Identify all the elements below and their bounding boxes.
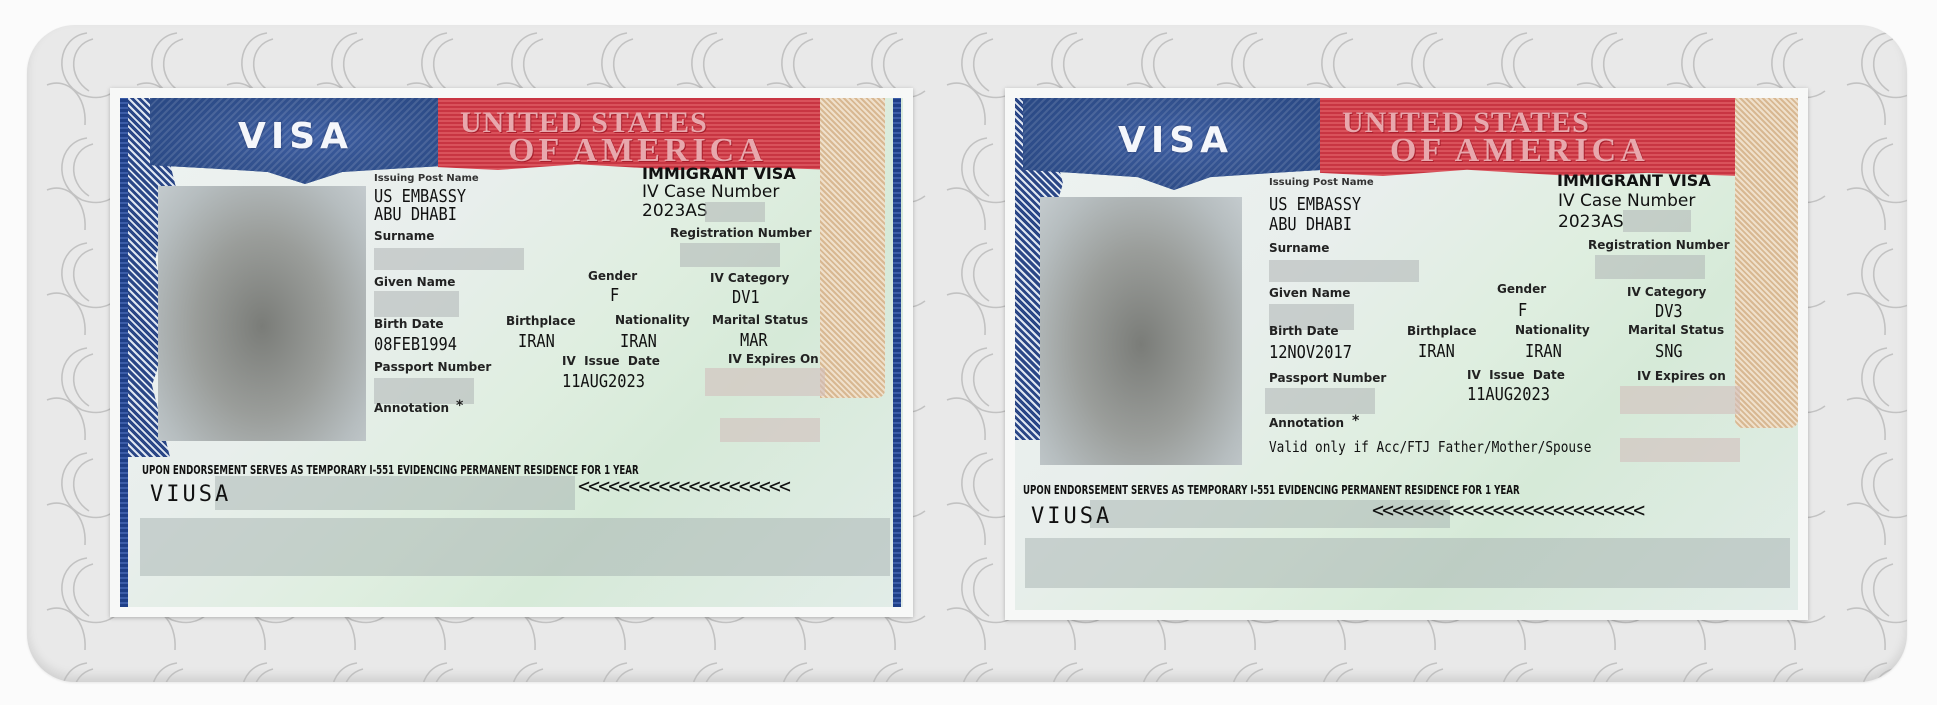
issue-date-value: 11AUG2023 (562, 371, 645, 392)
expires-on-redacted (705, 368, 825, 396)
annotation-redacted (1620, 438, 1740, 462)
nationality-label: Nationality (1515, 323, 1590, 337)
gender-label: Gender (1497, 282, 1546, 296)
mrz-line1-redacted (215, 476, 575, 510)
nationality-value: IRAN (620, 331, 657, 352)
security-strip-tan (820, 98, 885, 398)
category-value: DV3 (1655, 301, 1683, 322)
issuing-post-line2: ABU DHABI (1269, 214, 1352, 235)
gender-value: F (610, 285, 619, 306)
mrz-prefix: VIUSA (1031, 504, 1112, 529)
mrz-line2-redacted (1025, 538, 1790, 588)
visa-type: IMMIGRANT VISA (1557, 171, 1711, 190)
issue-date-value: 11AUG2023 (1467, 384, 1550, 405)
annotation-mark: * (1352, 413, 1359, 429)
category-label: IV Category (710, 271, 789, 285)
visa-card-1: VISA UNITED STATES OF AMERICA Issuing Po… (110, 88, 913, 617)
issuing-post-label: Issuing Post Name (1269, 177, 1374, 188)
mrz-chevrons: <<<<<<<<<<<<<<<<<<<<<<<<<<< (1372, 498, 1643, 522)
category-value: DV1 (732, 287, 760, 308)
visa-type: IMMIGRANT VISA (642, 164, 796, 183)
birthplace-value: IRAN (1418, 341, 1455, 362)
visa-seal-text: VISA (238, 116, 353, 157)
nationality-value: IRAN (1525, 341, 1562, 362)
surname-label: Surname (1269, 241, 1329, 255)
birthplace-label: Birthplace (1407, 324, 1477, 338)
gender-label: Gender (588, 269, 637, 283)
annotation-mark: * (456, 398, 463, 414)
issue-date-label: IV Issue Date (1467, 368, 1565, 382)
gender-value: F (1518, 300, 1527, 321)
surname-label: Surname (374, 229, 434, 243)
mrz-line2-redacted (140, 518, 890, 576)
given-name-label: Given Name (1269, 286, 1350, 300)
given-name-label: Given Name (374, 275, 455, 289)
country-band: UNITED STATES OF AMERICA (1320, 98, 1740, 176)
issuing-post-line1: US EMBASSY (1269, 194, 1361, 215)
birth-date-label: Birth Date (1269, 324, 1339, 338)
registration-label: Registration Number (670, 226, 812, 240)
mrz-chevrons: <<<<<<<<<<<<<<<<<<<<< (578, 474, 789, 498)
category-label: IV Category (1627, 285, 1706, 299)
case-number-redacted (1623, 210, 1691, 232)
passport-number-label: Passport Number (1269, 371, 1386, 385)
marital-status-value: MAR (740, 330, 768, 351)
marital-status-label: Marital Status (1628, 323, 1724, 337)
expires-on-label: IV Expires On (728, 352, 819, 366)
country-band: UNITED STATES OF AMERICA (438, 98, 838, 170)
annotation-note: Valid only if Acc/FTJ Father/Mother/Spou… (1269, 438, 1591, 456)
registration-redacted (1595, 255, 1705, 279)
marital-status-label: Marital Status (712, 313, 808, 327)
issuing-post-line2: ABU DHABI (374, 204, 457, 225)
visa-seal: VISA (150, 98, 460, 184)
case-number-label: IV Case Number (642, 182, 779, 202)
endorsement-text: UPON ENDORSEMENT SERVES AS TEMPORARY I-5… (1023, 483, 1520, 497)
birth-date-value: 08FEB1994 (374, 334, 457, 355)
expires-on-label: IV Expires on (1637, 369, 1726, 383)
given-name-redacted (374, 291, 459, 317)
issuing-post-label: Issuing Post Name (374, 173, 479, 184)
annotation-redacted (720, 418, 820, 442)
security-stripe-left (120, 98, 128, 607)
security-stripe-right (893, 98, 901, 607)
nationality-label: Nationality (615, 313, 690, 327)
case-number-redacted (705, 202, 765, 222)
annotation-label: Annotation (1269, 416, 1344, 430)
surname-redacted (1269, 260, 1419, 282)
birthplace-label: Birthplace (506, 314, 576, 328)
registration-redacted (680, 243, 780, 267)
birthplace-value: IRAN (518, 331, 555, 352)
visa-card-2: VISA UNITED STATES OF AMERICA Issuing Po… (1005, 88, 1808, 620)
passport-number-redacted (1265, 388, 1375, 414)
applicant-photo-redacted (158, 186, 366, 441)
expires-on-redacted (1620, 386, 1740, 414)
annotation-label: Annotation (374, 401, 449, 415)
surname-redacted (374, 248, 524, 270)
applicant-photo-redacted (1040, 197, 1242, 465)
mrz-prefix: VIUSA (150, 482, 231, 507)
case-number-value: 2023AS (642, 201, 708, 221)
case-number-value: 2023AS (1558, 212, 1624, 232)
registration-label: Registration Number (1588, 238, 1730, 252)
birth-date-label: Birth Date (374, 317, 444, 331)
marital-status-value: SNG (1655, 341, 1683, 362)
issue-date-label: IV Issue Date (562, 354, 660, 368)
case-number-label: IV Case Number (1558, 191, 1695, 211)
visa-seal-text: VISA (1118, 120, 1233, 161)
endorsement-text: UPON ENDORSEMENT SERVES AS TEMPORARY I-5… (142, 463, 639, 477)
security-strip-tan (1735, 98, 1798, 428)
birth-date-value: 12NOV2017 (1269, 342, 1352, 363)
passport-number-label: Passport Number (374, 360, 491, 374)
